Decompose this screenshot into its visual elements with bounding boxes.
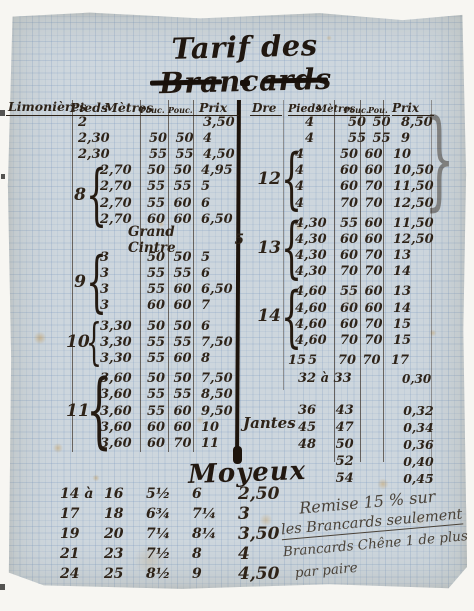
table-row: 4,60 70 70 15 — [293, 332, 442, 348]
table-row: 24 25 8½ 9 4,50 — [52, 564, 302, 584]
table-row: 3,60 60 70 11 — [98, 435, 246, 451]
grand-cintre-prix: 5 — [235, 232, 244, 248]
moyeux-table: 14 à 16 5½ 6 2,50 17 18 6¾ 7¼ 3 19 20 — [52, 484, 302, 584]
brace-icon: { — [86, 165, 92, 224]
table-row: 3,60 55 55 8,50 — [98, 387, 246, 403]
right-price-table: 4 50 50 8,50 4 55 55 9 12 { — [250, 114, 436, 387]
group-rows: 3,60 50 50 7,50 3,60 55 55 8,50 3,60 — [98, 371, 246, 452]
group-12: 12 { 4 50 60 10 4 60 60 10,50 — [250, 146, 436, 211]
table-row: 3 50 50 5 — [98, 249, 246, 265]
brace-icon: { — [281, 287, 287, 346]
table-row: 3 60 60 7 — [98, 298, 246, 314]
group-rows: 3,30 50 50 6 3,30 55 55 7,50 3,30 — [98, 318, 246, 367]
group-14: 14 { 4,60 55 60 13 4,60 60 60 14 — [250, 284, 436, 349]
table-row: 2,30 50 50 4 — [66, 130, 244, 146]
table-row: 21 23 7½ 8 4 — [52, 544, 302, 564]
table-row: 2,70 55 55 5 — [98, 179, 246, 195]
jantes-label: Jantes — [243, 414, 296, 432]
table-row: 14 à 16 5½ 6 2,50 — [52, 484, 302, 504]
table-row: 4 60 60 10,50 — [293, 163, 442, 179]
row-32-33: 32 à 33 0,30 — [250, 371, 436, 387]
table-row: 48 50 0,36 — [243, 436, 448, 453]
group-label: 11 — [66, 401, 86, 421]
group-10: 10 { 3,30 50 50 6 3,30 55 55 7,50 — [66, 318, 244, 367]
edge-mark — [1, 174, 5, 179]
table-row: 4,30 70 70 14 — [293, 264, 442, 280]
edge-mark — [0, 584, 5, 590]
table-row: 3 55 55 6 — [98, 266, 246, 282]
group-rows: 2,70 50 50 4,95 2,70 55 55 5 2,70 — [98, 163, 246, 228]
group-label: 13 — [250, 238, 281, 258]
handwritten-notes: Remise 15 % sur les Brancards seulement … — [279, 484, 474, 588]
table-row: 3,30 55 60 8 — [98, 350, 246, 366]
group-rows: 3 50 50 5 3 55 55 6 3 55 — [98, 249, 246, 314]
table-row: 4 50 50 8,50 — [250, 114, 436, 130]
brace-icon: { — [86, 374, 92, 448]
table-row: 4,60 60 70 15 — [293, 316, 442, 332]
table-row: 3,30 55 55 7,50 — [98, 334, 246, 350]
table-row: 3,60 55 60 9,50 — [98, 403, 246, 419]
table-row: 4 50 60 10 — [293, 146, 442, 162]
table-row: 4,60 60 60 14 — [293, 300, 442, 316]
table-row: 2,70 50 50 4,95 — [98, 163, 246, 179]
table-row: 4,60 55 60 13 — [293, 284, 442, 300]
group-8: 8 { 2,70 50 50 4,95 2,70 55 55 5 — [66, 163, 244, 228]
table-row: 17 18 6¾ 7¼ 3 — [52, 504, 302, 524]
group-label: 10 — [66, 332, 86, 352]
brace-icon: { — [281, 218, 287, 277]
table-row: 4 55 55 9 — [250, 130, 436, 146]
table-row: 4,30 60 60 12,50 — [293, 231, 442, 247]
table-row: 3,60 60 60 10 — [98, 419, 246, 435]
group-label: 14 — [250, 306, 281, 326]
left-price-table: 2 3,50 2,30 50 50 4 2,30 55 55 4,50 — [66, 114, 244, 456]
brace-icon: { — [86, 252, 92, 311]
table-row: 3,60 50 50 7,50 — [98, 371, 246, 387]
page-title: Tarif des Brancards — [104, 26, 386, 101]
group-label: 9 — [66, 272, 86, 292]
group-label: 12 — [250, 169, 281, 189]
group-9: 9 { 3 50 50 5 3 55 55 6 — [66, 249, 244, 314]
edge-mark — [0, 110, 5, 116]
row-15: 15 5 70 70 17 — [250, 353, 436, 369]
group-13: 13 { 4,30 55 60 11,50 4,30 60 60 — [250, 215, 436, 280]
group-rows: 4,30 55 60 11,50 4,30 60 60 12,50 4,30 — [293, 215, 442, 280]
table-row: 3,30 50 50 6 — [98, 318, 246, 334]
right-loose-rows: 4 50 50 8,50 4 55 55 9 — [250, 114, 436, 146]
group-label: 8 — [66, 185, 86, 205]
brace-icon: { — [86, 320, 92, 365]
table-row: 2 3,50 — [66, 114, 244, 130]
table-row: 2,70 55 60 6 — [98, 195, 246, 211]
title-underline-dot — [240, 80, 250, 86]
table-row: 19 20 7¼ 8¼ 3,50 — [52, 524, 302, 544]
group-rows: 4 50 60 10 4 60 60 10,50 4 60 — [293, 146, 442, 211]
table-row: 3 55 60 6,50 — [98, 282, 246, 298]
table-row: 4,30 60 70 13 — [293, 248, 442, 264]
brace-icon: { — [281, 149, 287, 208]
group-11: 11 { 3,60 50 50 7,50 3,60 55 55 8 — [66, 371, 244, 452]
table-row: 4 70 70 12,50 — [293, 195, 442, 211]
table-row: 4 60 70 11,50 — [293, 179, 442, 195]
table-row: 4,30 55 60 11,50 — [293, 215, 442, 231]
group-rows: 4,60 55 60 13 4,60 60 60 14 4,60 — [293, 284, 442, 349]
document-photo: Tarif des Brancards } Limonières Pieds M… — [0, 0, 474, 611]
moyeux-rows: 14 à 16 5½ 6 2,50 17 18 6¾ 7¼ 3 19 20 — [52, 484, 302, 584]
